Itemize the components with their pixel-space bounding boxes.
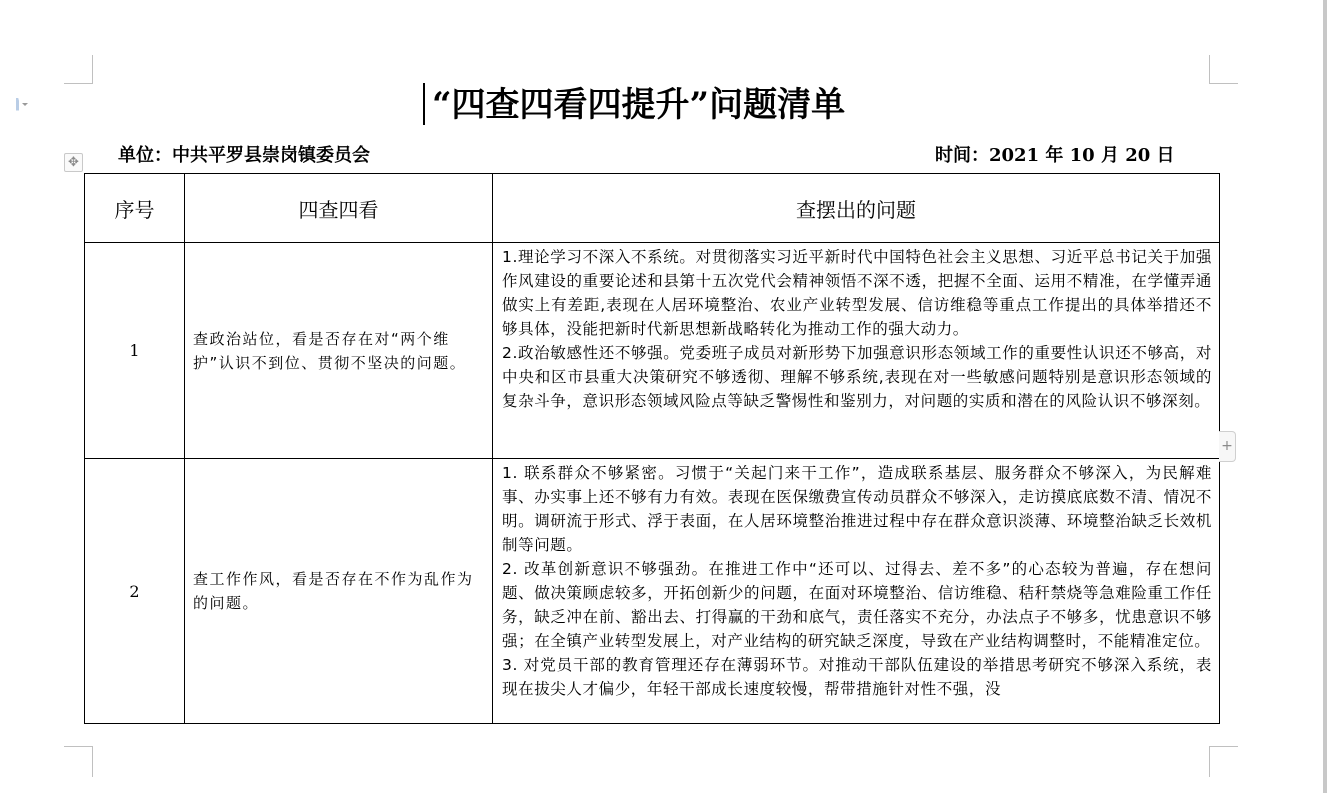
chevron-down-icon [22,103,28,106]
table-row: 2 查工作作风，看是否存在不作为乱作为的问题。 1. 联系群众不够紧密。习惯于“… [85,459,1220,724]
row-issues[interactable]: 1. 联系群众不够紧密。习惯于“关起门来干工作”，造成联系基层、服务群众不够深入… [493,459,1220,724]
margin-mark-top-right [1209,55,1238,84]
issue-paragraph: 2.政治敏感性还不够强。党委班子成员对新形势下加强意识形态领域工作的重要性认识还… [502,341,1212,413]
margin-mark-bottom-right [1209,746,1238,777]
header-four-checks[interactable]: 四查四看 [185,174,493,243]
document-icon [16,98,19,111]
issue-paragraph: 3. 对党员干部的教育管理还存在薄弱环节。对推动干部队伍建设的举措思考研究不够深… [502,653,1212,701]
text-cursor [423,83,425,125]
date-label: 时间：2021 年 10 月 20 日 [935,144,1175,168]
problems-table: 序号 四查四看 查摆出的问题 1 查政治站位，看是否存在对“两个维护”认识不到位… [84,173,1220,724]
issue-paragraph: 2. 改革创新意识不够强劲。在推进工作中“还可以、过得去、差不多”的心态较为普遍… [502,557,1212,653]
row-issues[interactable]: 1.理论学习不深入不系统。对贯彻落实习近平新时代中国特色社会主义思想、习近平总书… [493,243,1220,459]
table-header-row: 序号 四查四看 查摆出的问题 [85,174,1220,243]
paragraph-format-menu[interactable] [16,97,28,111]
header-identified-problems[interactable]: 查摆出的问题 [493,174,1220,243]
row-serial-no[interactable]: 2 [85,459,185,724]
margin-mark-top-left [64,55,93,84]
issue-paragraph: 1. 联系群众不够紧密。习惯于“关起门来干工作”，造成联系基层、服务群众不够深入… [502,461,1212,557]
vertical-scrollbar[interactable] [1323,0,1327,793]
document-title: “四查四看四提升”问题清单 [432,80,892,130]
row-check-item[interactable]: 查工作作风，看是否存在不作为乱作为的问题。 [185,459,493,724]
issue-paragraph: 1.理论学习不深入不系统。对贯彻落实习近平新时代中国特色社会主义思想、习近平总书… [502,245,1212,341]
add-row-button[interactable]: + [1219,431,1236,462]
table-row: 1 查政治站位，看是否存在对“两个维护”认识不到位、贯彻不坚决的问题。 1.理论… [85,243,1220,459]
unit-label: 单位：中共平罗县崇岗镇委员会 [118,144,370,168]
header-serial-no[interactable]: 序号 [85,174,185,243]
margin-mark-bottom-left [64,746,93,777]
table-move-handle[interactable]: ✥ [64,153,83,172]
row-check-item[interactable]: 查政治站位，看是否存在对“两个维护”认识不到位、贯彻不坚决的问题。 [185,243,493,459]
plus-icon: + [1221,438,1233,454]
row-serial-no[interactable]: 1 [85,243,185,459]
move-icon: ✥ [68,156,79,169]
